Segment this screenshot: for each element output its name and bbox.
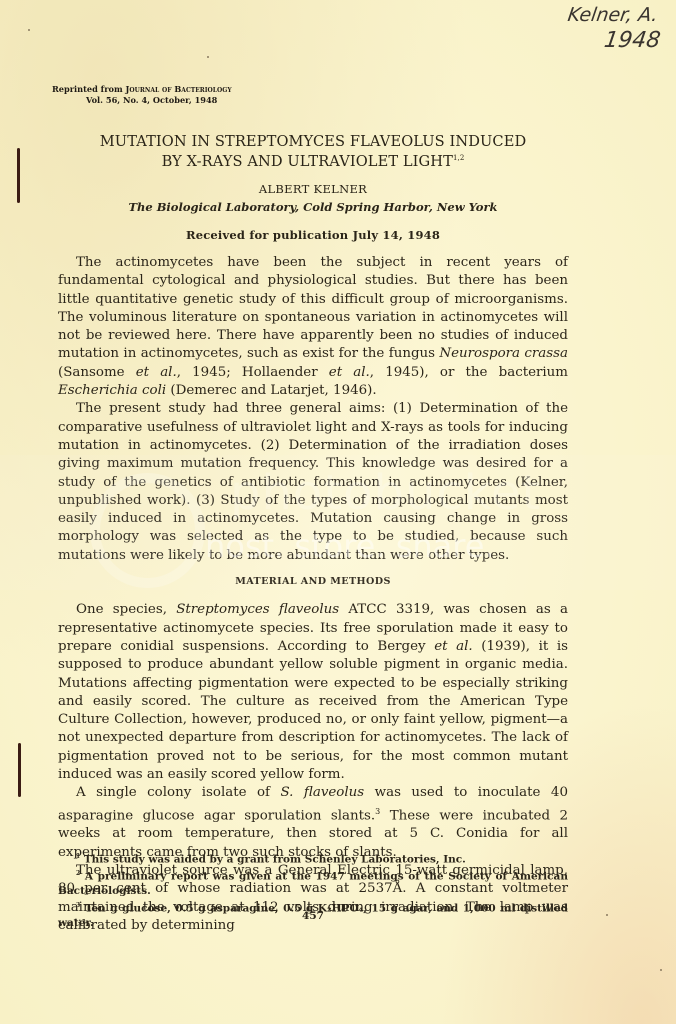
margin-mark	[17, 148, 20, 203]
handwritten-year: 1948	[554, 28, 668, 54]
body-text: The actinomycetes have been the subject …	[58, 254, 568, 935]
footnote: 2 A preliminary report was given at the …	[58, 867, 568, 899]
paper-speck	[660, 969, 662, 971]
handwritten-name: Kelner, A.	[558, 2, 672, 28]
reprint-volume: Vol. 56, No. 4, October, 1948	[52, 95, 232, 106]
title-line-2-text: BY X-RAYS AND ULTRAVIOLET LIGHT	[162, 153, 453, 170]
paper-speck	[28, 29, 30, 31]
reprint-line-1: Reprinted from Journal of Bacteriology	[52, 84, 232, 95]
author: ALBERT KELNER	[58, 182, 568, 196]
footnote: 1 This study was aided by a grant from S…	[58, 850, 568, 867]
journal-name: Journal of Bacteriology	[126, 84, 232, 94]
margin-mark	[18, 743, 21, 797]
paper-speck	[207, 56, 209, 58]
reprint-notice: Reprinted from Journal of Bacteriology V…	[52, 84, 232, 106]
paper-title: MUTATION IN STREPTOMYCES FLAVEOLUS INDUC…	[58, 133, 568, 170]
page-number: 457	[58, 910, 568, 922]
title-footnote-refs: 1,2	[453, 154, 464, 162]
paper-speck	[606, 914, 608, 916]
affiliation: The Biological Laboratory, Cold Spring H…	[58, 200, 568, 214]
paragraph-aims: The present study had three general aims…	[58, 400, 568, 565]
handwritten-annotation: Kelner, A. 1948	[554, 2, 671, 54]
title-line-1: MUTATION IN STREPTOMYCES FLAVEOLUS INDUC…	[58, 133, 568, 150]
received-date: Received for publication July 14, 1948	[58, 228, 568, 242]
reprint-prefix: Reprinted from	[52, 84, 123, 94]
paragraph-species: One species, Streptomyces flaveolus ATCC…	[58, 601, 568, 784]
section-heading: MATERIAL AND METHODS	[58, 573, 568, 591]
title-line-2: BY X-RAYS AND ULTRAVIOLET LIGHT1,2	[58, 150, 568, 170]
paragraph-intro: The actinomycetes have been the subject …	[58, 254, 568, 400]
